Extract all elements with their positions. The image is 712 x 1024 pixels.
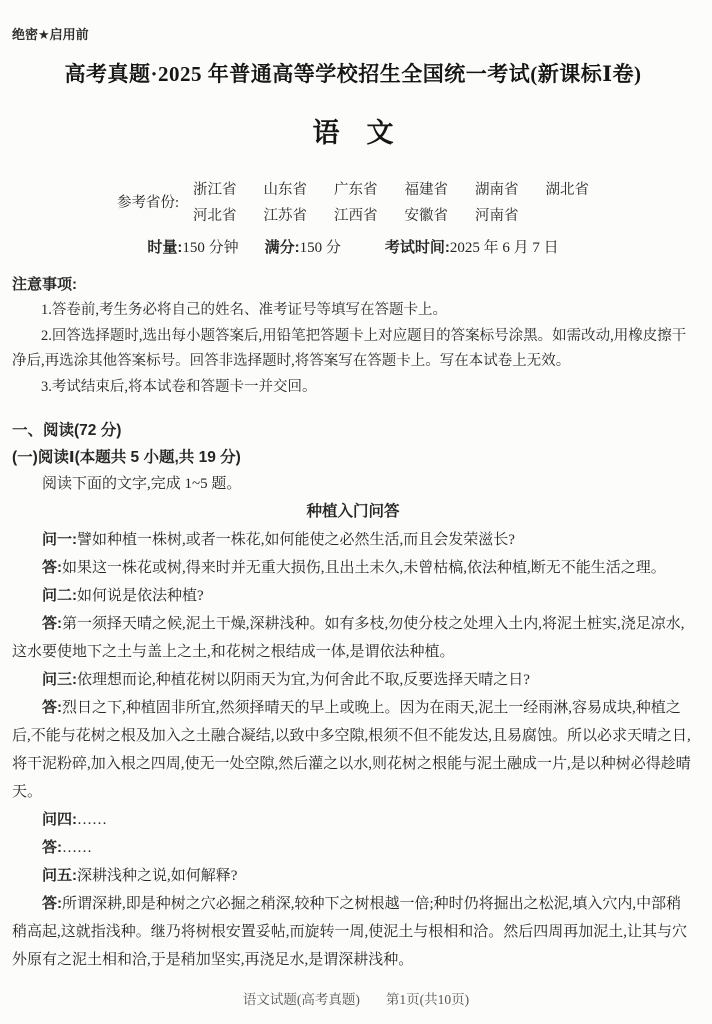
- qa-paragraph: 答:……: [12, 834, 694, 862]
- province-name: 山东省: [264, 178, 308, 199]
- section-part-heading: 一、阅读(72 分): [12, 417, 694, 444]
- page-footer: 语文试题(高考真题) 第1页(共10页): [0, 988, 712, 1008]
- province-name: 浙江省: [193, 178, 237, 199]
- qa-text: ……: [62, 840, 92, 856]
- qa-label: 答:: [42, 699, 62, 716]
- qa-label: 答:: [42, 839, 62, 856]
- province-name: 湖南省: [475, 178, 519, 199]
- qa-label: 问五:: [42, 867, 77, 884]
- qa-text: 烈日之下,种植固非所宜,然须择晴天的早上或晚上。因为在雨天,泥土一经雨淋,容易成…: [12, 700, 691, 800]
- qa-paragraph: 问二:如何说是依法种植?: [12, 582, 694, 610]
- qa-paragraph: 答:如果这一株花或树,得来时并无重大损伤,且出土未久,未曾枯槁,依法种植,断无不…: [12, 554, 694, 582]
- province-name: 江苏省: [264, 204, 308, 225]
- exam-meta: 时量:150 分钟 满分:150 分 考试时间:2025 年 6 月 7 日: [12, 236, 694, 257]
- province-name: 广东省: [334, 178, 378, 199]
- province-name: 河南省: [475, 204, 519, 225]
- exam-title: 高考真题·2025 年普通高等学校招生全国统一考试(新课标Ⅰ卷): [12, 58, 694, 88]
- reading-instruction: 阅读下面的文字,完成 1~5 题。: [12, 471, 694, 498]
- qa-label: 问二:: [42, 587, 77, 604]
- notice-item: 1.答卷前,考生务必将自己的姓名、准考证号等填写在答题卡上。: [12, 298, 694, 324]
- qa-label: 问一:: [42, 531, 77, 548]
- provinces-label: 参考省份:: [117, 191, 179, 212]
- qa-paragraph: 答:第一须择天晴之候,泥土干燥,深耕浅种。如有多枝,勿使分枝之处埋入土内,将泥土…: [12, 610, 694, 666]
- province-name: 河北省: [193, 204, 237, 225]
- qa-paragraph: 问一:譬如种植一株树,或者一株花,如何能使之必然生活,而且会发荣滋长?: [12, 526, 694, 554]
- qa-paragraph: 问五:深耕浅种之说,如何解释?: [12, 862, 694, 890]
- meta-full-score-label: 满分:: [265, 239, 300, 256]
- subject-title: 语 文: [12, 111, 694, 150]
- notice-item: 3.考试结束后,将本试卷和答题卡一并交回。: [12, 375, 694, 401]
- reference-provinces: 参考省份: 浙江省 山东省 广东省 福建省 湖南省 湖北省 河北省 江苏省 江西…: [12, 178, 694, 225]
- qa-text: 深耕浅种之说,如何解释?: [77, 868, 237, 884]
- qa-label: 问四:: [42, 811, 77, 828]
- provinces-row-1: 浙江省 山东省 广东省 福建省 湖南省 湖北省: [193, 178, 589, 199]
- qa-label: 问三:: [42, 671, 77, 688]
- qa-paragraph: 问三:依理想而论,种植花树以阴雨天为宜,为何舍此不取,反要选择天晴之日?: [12, 666, 694, 694]
- qa-text: 第一须择天晴之候,泥土干燥,深耕浅种。如有多枝,勿使分枝之处埋入土内,将泥土桩实…: [12, 616, 685, 660]
- provinces-rows: 浙江省 山东省 广东省 福建省 湖南省 湖北省 河北省 江苏省 江西省 安徽省 …: [193, 178, 589, 225]
- qa-label: 答:: [42, 895, 62, 912]
- qa-text: 如何说是依法种植?: [77, 588, 204, 604]
- qa-paragraph: 答:所谓深耕,即是种树之穴必掘之稍深,较种下之树根越一倍;种时仍将掘出之松泥,填…: [12, 890, 694, 974]
- meta-full-score-value: 150 分: [300, 240, 341, 256]
- exam-paper-page: 绝密★启用前 高考真题·2025 年普通高等学校招生全国统一考试(新课标Ⅰ卷) …: [0, 0, 712, 1024]
- passage-title: 种植入门问答: [12, 498, 694, 526]
- qa-label: 答:: [42, 615, 62, 632]
- qa-text: 譬如种植一株树,或者一株花,如何能使之必然生活,而且会发荣滋长?: [77, 532, 515, 548]
- provinces-row-2: 河北省 江苏省 江西省 安徽省 河南省: [193, 204, 589, 225]
- province-name: 安徽省: [405, 204, 449, 225]
- notice-item: 2.回答选择题时,选出每小题答案后,用铅笔把答题卡上对应题目的答案标号涂黑。如需…: [12, 324, 694, 375]
- qa-paragraph: 答:烈日之下,种植固非所宜,然须择晴天的早上或晚上。因为在雨天,泥土一经雨淋,容…: [12, 694, 694, 806]
- qa-text: 如果这一株花或树,得来时并无重大损伤,且出土未久,未曾枯槁,依法种植,断无不能生…: [62, 560, 666, 576]
- qa-text: ……: [77, 812, 107, 828]
- province-name: 湖北省: [546, 178, 590, 199]
- qa-paragraph: 问四:……: [12, 806, 694, 834]
- meta-exam-date-label: 考试时间:: [385, 239, 450, 256]
- footer-page-number: 第1页(共10页): [386, 988, 469, 1008]
- meta-full-score: 满分:150 分: [265, 236, 341, 257]
- qa-label: 答:: [42, 559, 62, 576]
- section-subpart-heading: (一)阅读Ⅰ(本题共 5 小题,共 19 分): [12, 444, 694, 471]
- province-name: 福建省: [405, 178, 449, 199]
- meta-exam-date-value: 2025 年 6 月 7 日: [450, 240, 559, 256]
- meta-exam-date: 考试时间:2025 年 6 月 7 日: [385, 236, 559, 257]
- passage-body: 问一:譬如种植一株树,或者一株花,如何能使之必然生活,而且会发荣滋长? 答:如果…: [12, 526, 694, 974]
- notice-section: 注意事项: 1.答卷前,考生务必将自己的姓名、准考证号等填写在答题卡上。 2.回…: [12, 272, 694, 400]
- qa-text: 依理想而论,种植花树以阴雨天为宜,为何舍此不取,反要选择天晴之日?: [77, 672, 530, 688]
- province-name: 江西省: [334, 204, 378, 225]
- notice-heading: 注意事项:: [12, 272, 694, 298]
- meta-duration: 时量:150 分钟: [147, 236, 238, 257]
- meta-duration-value: 150 分钟: [182, 240, 238, 256]
- qa-text: 所谓深耕,即是种树之穴必掘之稍深,较种下之树根越一倍;种时仍将掘出之松泥,填入穴…: [12, 896, 687, 968]
- meta-duration-label: 时量:: [147, 239, 182, 256]
- footer-paper-name: 语文试题(高考真题): [243, 988, 360, 1008]
- classification-banner: 绝密★启用前: [12, 24, 694, 43]
